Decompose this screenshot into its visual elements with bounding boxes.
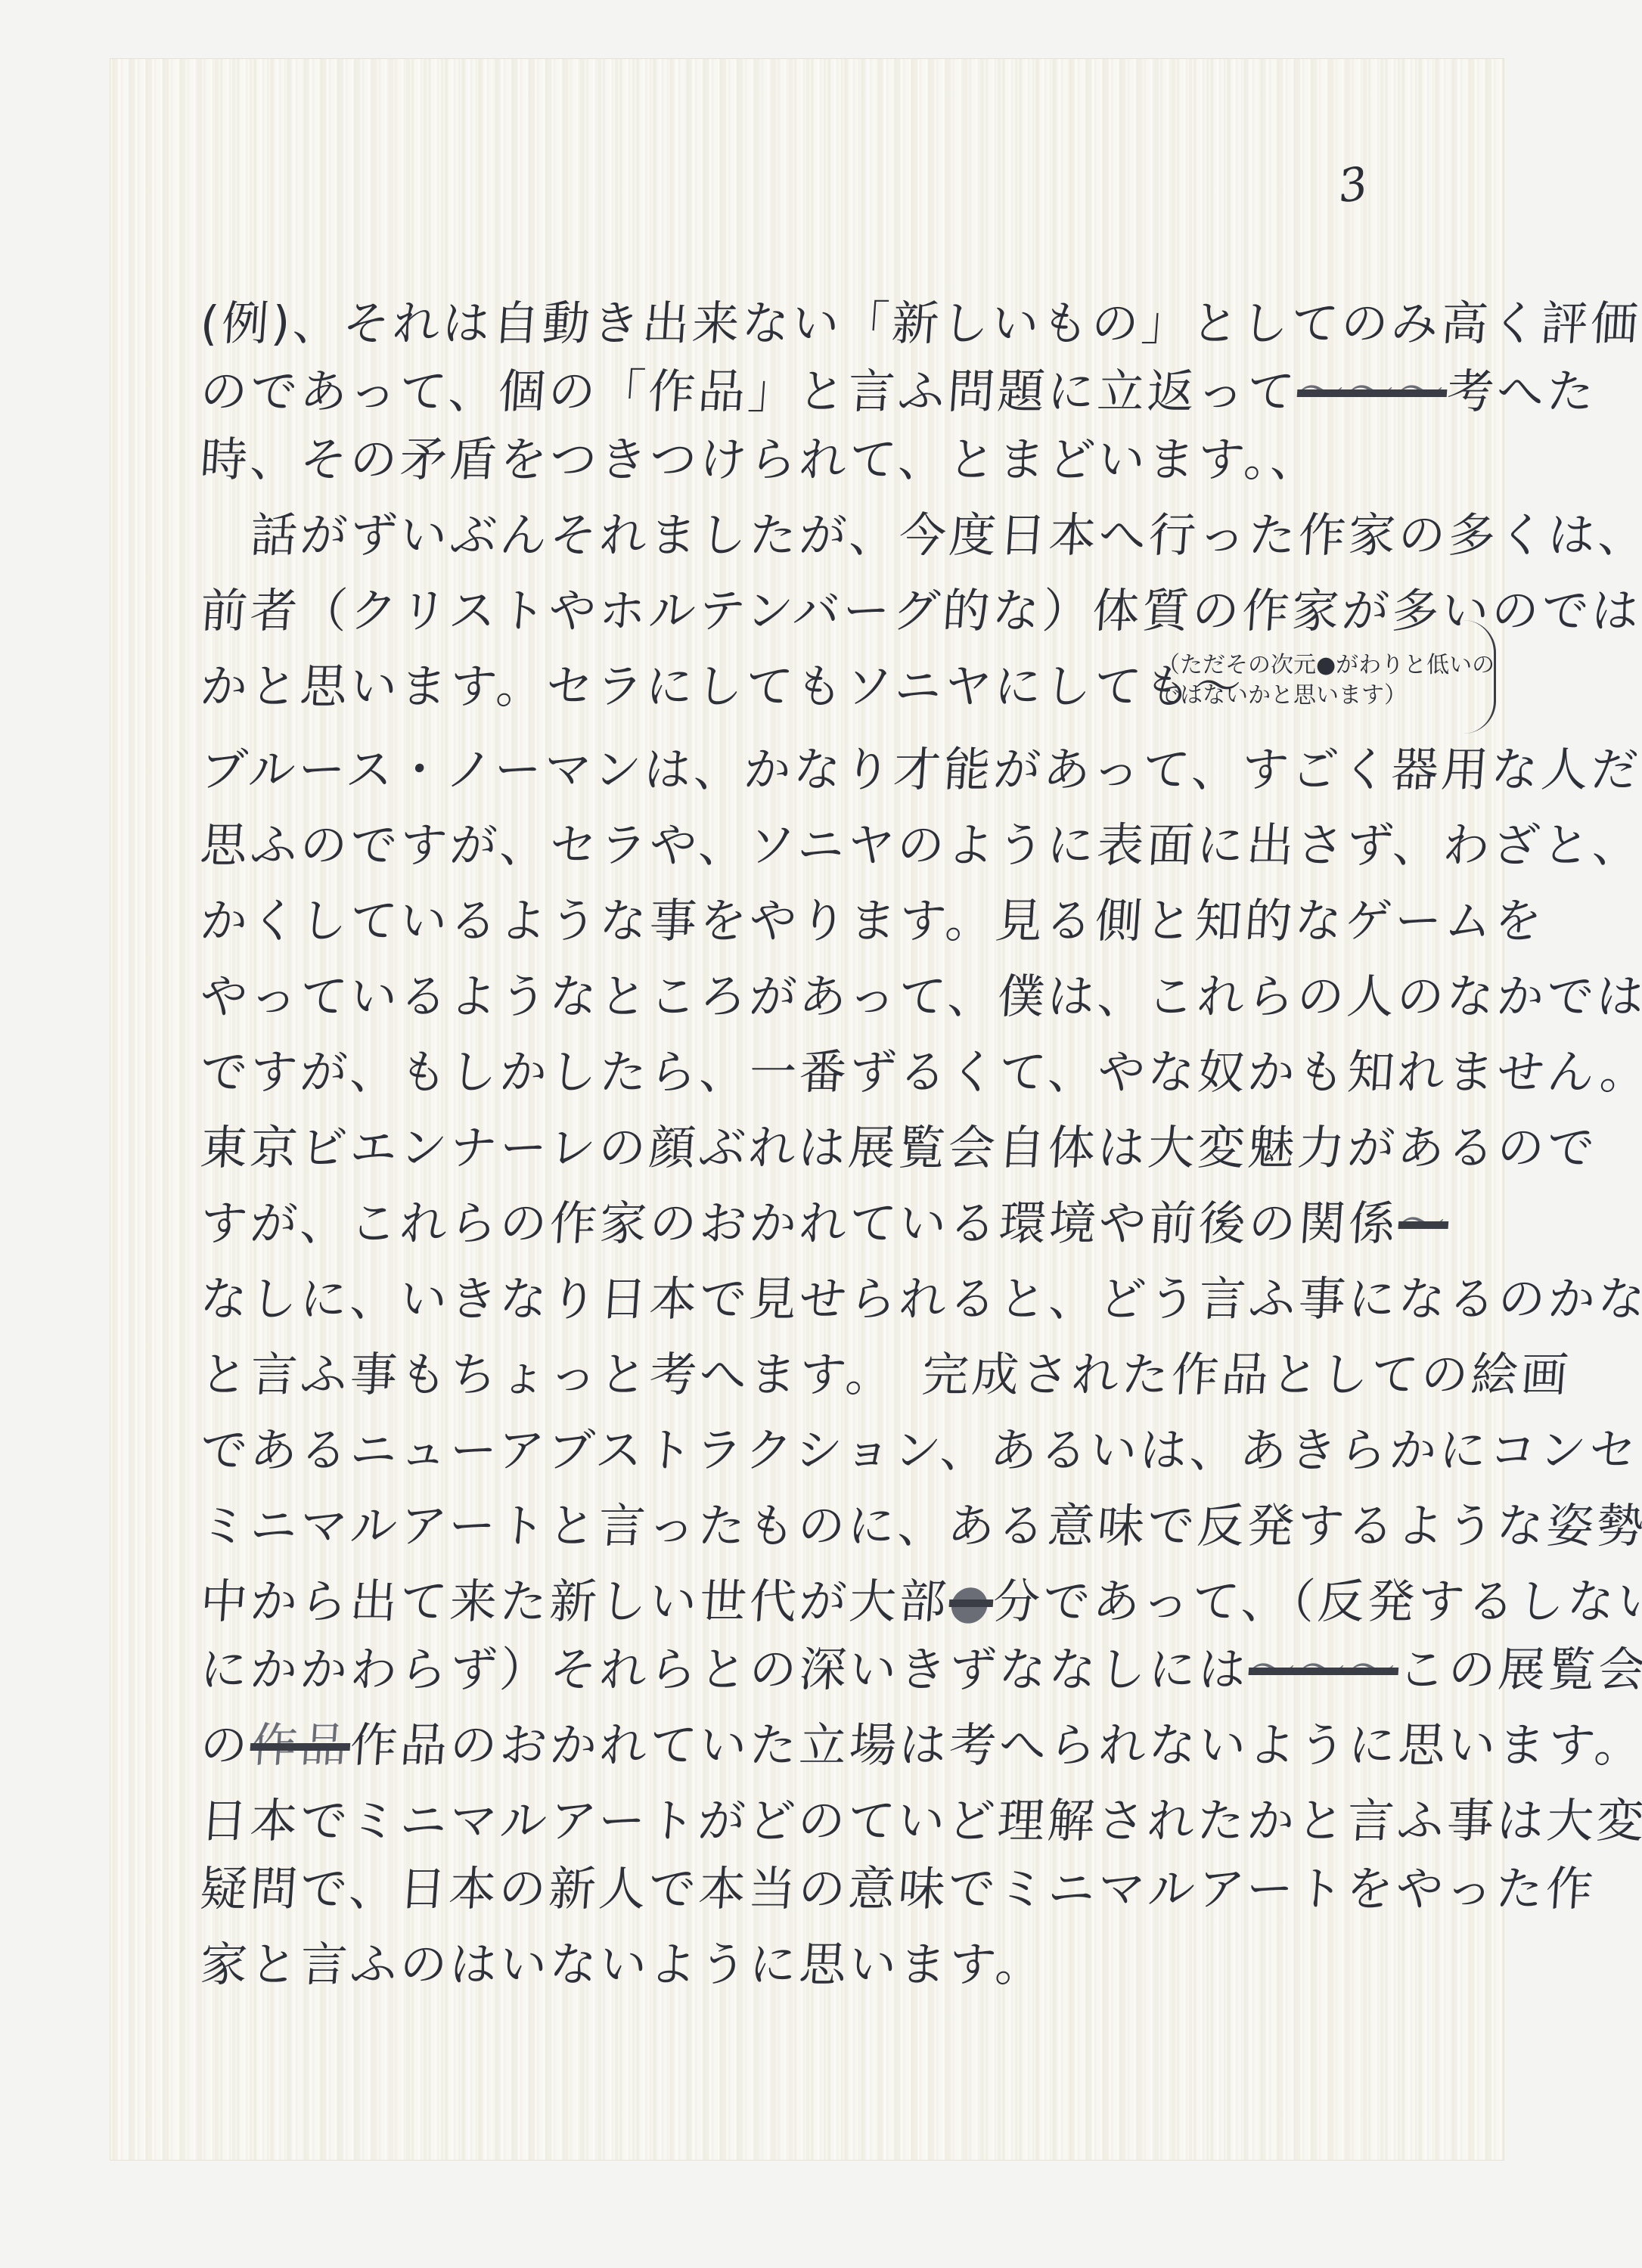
manuscript-line-23: 家と言ふのはいないように思います。 — [198, 1934, 1048, 1995]
manuscript-line-7: ブルース・ノーマンは、かなり才能があって、すごく器用な人だと — [198, 740, 1642, 800]
struck-text: 〜 — [1396, 1196, 1450, 1251]
struck-text: 作品 — [248, 1717, 352, 1773]
manuscript-line-15: と言ふ事もちょっと考へます。 完成された作品としての絵画 — [198, 1345, 1573, 1405]
margin-bracket — [1464, 620, 1496, 734]
manuscript-line-19: にかかわらず）それらとの深いきずななしには〜〜〜この展覧会 — [198, 1640, 1642, 1700]
struck-text: 〜〜〜 — [1296, 364, 1449, 419]
struck-text: 〜〜〜 — [1246, 1642, 1400, 1697]
manuscript-line-14: なしに、いきなり日本で見せられると、どう言ふ事になるのかな — [198, 1269, 1642, 1329]
manuscript-line-9: かくしているような事をやります。見る側と知的なゲームを — [198, 891, 1547, 951]
manuscript-line-3: 時、その矛盾をつきつけられて、とまどいます。、 — [198, 430, 1322, 490]
manuscript-line-8: 思ふのですが、セラや、ソニヤのように表面に出さず、わざと、 — [198, 815, 1642, 876]
margin-note: （ただその次元●がわりと低いのではないかと思います） — [1157, 650, 1513, 711]
manuscript-line-20: の作品作品のおかれていた立場は考へられないように思います。 — [198, 1715, 1642, 1776]
manuscript-line-11: ですが、もしかしたら、一番ずるくて、やな奴かも知れません。 — [198, 1042, 1642, 1103]
manuscript-line-10: やっているようなところがあって、僕は、これらの人のなかでは一番好き — [198, 966, 1642, 1027]
manuscript-line-22: 疑問で、日本の新人で本当の意味でミニマルアートをやった作 — [198, 1859, 1598, 1919]
manuscript-line-1: (例)、それは自動き出来ない「新しいもの」としてのみ高く評価するの — [198, 293, 1642, 354]
manuscript-line-18: 中から出て来た新しい世代が大部●分であって、（反発するしない — [198, 1571, 1642, 1632]
struck-text: ● — [947, 1574, 995, 1629]
manuscript-line-13: すが、これらの作家のおかれている環境や前後の関係〜 — [198, 1193, 1451, 1254]
manuscript-line-5: 前者（クリストやホルテンバーグ的な）体質の作家が多いのではない — [198, 581, 1642, 641]
manuscript-line-2: のであって、個の「作品」と言ふ問題に立返って〜〜〜考へた — [198, 361, 1599, 422]
manuscript-line-12: 東京ビエンナーレの顔ぶれは展覧会自体は大変魅力があるので — [198, 1118, 1599, 1178]
manuscript-line-17: ミニマルアートと言ったものに、ある意味で反発するような姿勢〜の — [198, 1496, 1642, 1556]
manuscript-line-16: であるニューアブストラクション、あるいは、あきらかにコンセプチュアルな — [198, 1420, 1642, 1481]
manuscript-line-4: 話がずいぶんそれましたが、今度日本へ行った作家の多くは、 — [198, 505, 1642, 566]
manuscript-line-6: かと思います。セラにしてもソニヤにしても〜 — [198, 656, 1246, 717]
manuscript-line-21: 日本でミニマルアートがどのていど理解されたかと言ふ事は大変 — [198, 1791, 1642, 1851]
